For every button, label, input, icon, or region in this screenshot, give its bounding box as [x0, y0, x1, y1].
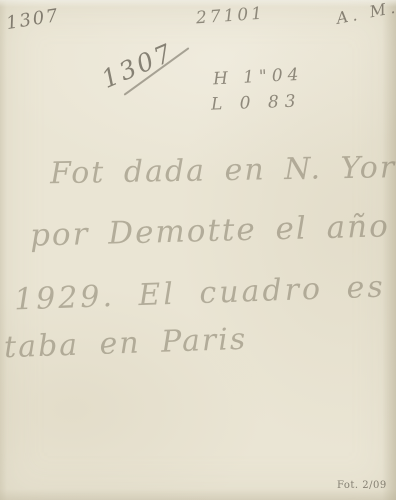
- handwritten-note-line-3: 1929. El cuadro es: [14, 270, 387, 318]
- photo-verso-paper: 1307 27101 A. M. 1307 H 1"04 L 0 83 Fot …: [0, 0, 396, 500]
- archive-code-bottom-right: Fot. 2/09: [337, 480, 387, 491]
- dimension-height: H 1"04: [213, 65, 304, 90]
- catalog-number: 27101: [195, 4, 265, 29]
- handwritten-note-line-2: por Demotte el año: [30, 208, 391, 253]
- archive-initials: A. M.: [335, 0, 396, 28]
- handwritten-note-line-4: taba en Paris: [3, 322, 247, 365]
- inventory-number-top-left: 1307: [5, 5, 61, 34]
- dimension-width: L 0 83: [211, 91, 302, 114]
- handwritten-note-line-1: Fot dada en N. York: [50, 150, 396, 191]
